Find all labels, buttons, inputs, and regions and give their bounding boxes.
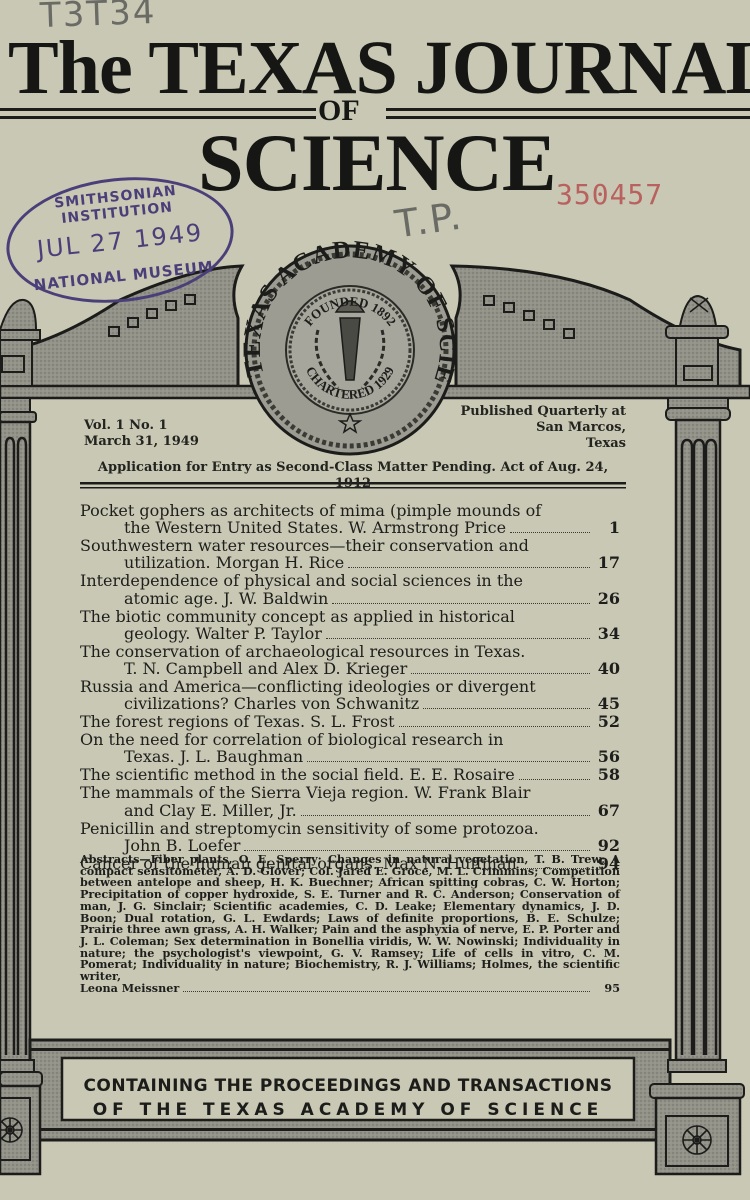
toc-entry[interactable]: The forest regions of Texas. S. L. Frost… xyxy=(80,713,620,731)
toc-page-number: 26 xyxy=(596,590,620,607)
toc-page-number: 58 xyxy=(596,766,620,783)
banner-line1: CONTAINING THE PROCEEDINGS AND TRANSACTI… xyxy=(62,1076,634,1096)
toc-entry[interactable]: Interdependence of physical and social s… xyxy=(80,572,620,607)
toc-entry[interactable]: The mammals of the Sierra Vieja region. … xyxy=(80,784,620,819)
toc-page-number: 56 xyxy=(596,748,620,765)
issue-volume: Vol. 1 No. 1 xyxy=(84,418,199,434)
toc-page-number: 52 xyxy=(596,713,620,730)
table-of-contents: Pocket gophers as architects of mima (pi… xyxy=(80,502,620,873)
abstracts-last-author: Leona Meissner xyxy=(80,983,179,995)
toc-entry[interactable]: Penicillin and streptomycin sensitivity … xyxy=(80,820,620,855)
toc-entry[interactable]: Pocket gophers as architects of mima (pi… xyxy=(80,502,620,537)
published-city: San Marcos, xyxy=(440,420,626,436)
toc-entry[interactable]: The biotic community concept as applied … xyxy=(80,608,620,643)
entry-notice: Application for Entry as Second-Class Ma… xyxy=(80,460,626,492)
toc-page-number: 45 xyxy=(596,695,620,712)
toc-entry[interactable]: The conservation of archaeological resou… xyxy=(80,643,620,678)
toc-entry[interactable]: The scientific method in the social fiel… xyxy=(80,766,620,784)
published-state: Texas xyxy=(440,436,626,452)
abstracts-page-number: 95 xyxy=(596,983,620,995)
abstracts-section[interactable]: Abstracts—Fiber plants, O. E. Sperry; Ch… xyxy=(80,854,620,995)
published-quarterly: Published Quarterly at xyxy=(440,404,626,420)
toc-page-number: 40 xyxy=(596,660,620,677)
toc-page-number: 67 xyxy=(596,802,620,819)
publication-place-block: Published Quarterly at San Marcos, Texas xyxy=(440,404,626,452)
toc-entry[interactable]: Southwestern water resources—their conse… xyxy=(80,537,620,572)
abstracts-text: Abstracts—Fiber plants, O. E. Sperry; Ch… xyxy=(80,854,620,983)
toc-entry[interactable]: On the need for correlation of biologica… xyxy=(80,731,620,766)
issue-date: March 31, 1949 xyxy=(84,434,199,450)
toc-page-number: 34 xyxy=(596,625,620,642)
toc-page-number: 17 xyxy=(596,554,620,571)
issue-volume-block: Vol. 1 No. 1 March 31, 1949 xyxy=(84,418,199,450)
banner-line2: OF THE TEXAS ACADEMY OF SCIENCE xyxy=(62,1100,634,1120)
toc-page-number: 1 xyxy=(596,519,620,536)
toc-entry[interactable]: Russia and America—conflicting ideologie… xyxy=(80,678,620,713)
